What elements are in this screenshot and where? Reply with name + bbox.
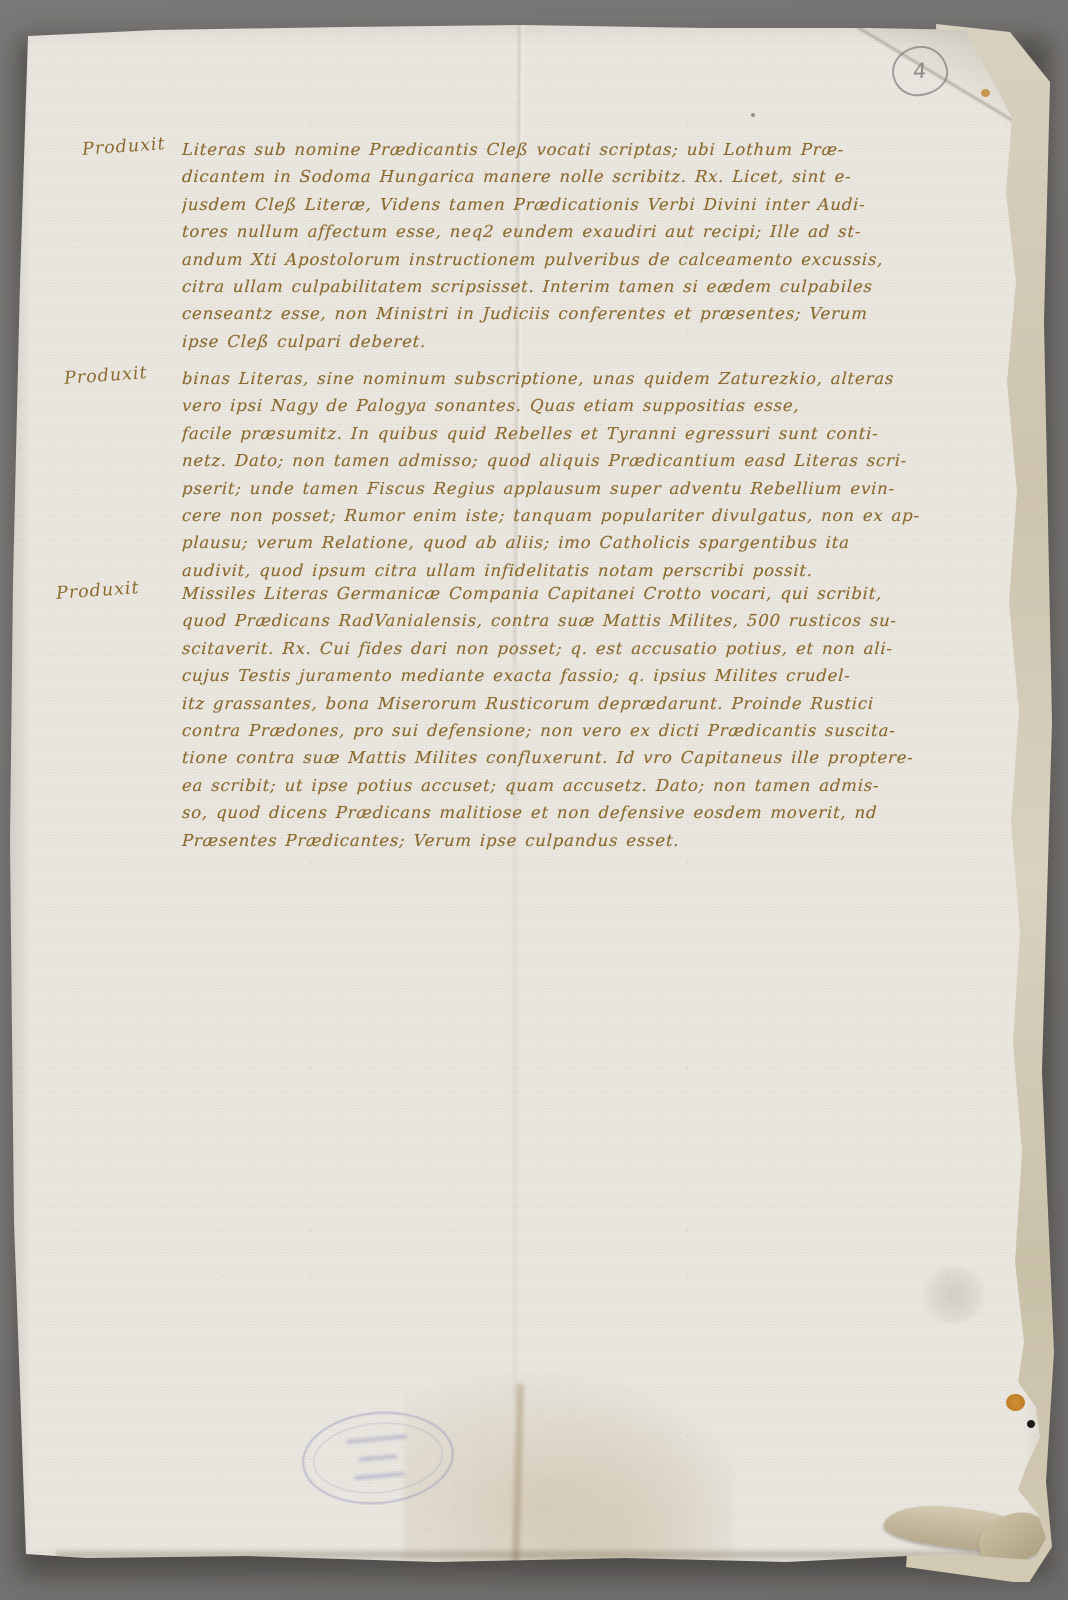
manuscript-line: citra ullam culpabilitatem scripsisset. … [181,273,1010,300]
manuscript-line: contra Prædones, pro sui defensione; non… [181,717,1010,744]
manuscript-paragraph: ProduxitMissiles Literas Germanicæ Compa… [6,580,1058,854]
manuscript-line: cere non posset; Rumor enim iste; tanqua… [181,502,1010,529]
manuscript-line: andum Xti Apostolorum instructionem pulv… [181,246,1010,273]
manuscript-paragraph: Produxitbinas Literas, sine nominum subs… [6,365,1058,584]
manuscript-line: ipse Cleß culpari deberet. [181,328,1010,355]
manuscript-line: cujus Testis juramento mediante exacta f… [181,662,1010,689]
manuscript-line: scitaverit. Rx. Cui fides dari non posse… [181,635,1010,662]
manuscript-line: Literas sub nomine Prædicantis Cleß voca… [181,136,1010,163]
manuscript-page: 4 ProduxitLiteras sub nomine Prædicantis… [6,22,1058,1574]
manuscript-line: facile præsumitz. In quibus quid Rebelle… [181,420,1010,447]
manuscript-line: quod Prædicans RadVanialensis, contra su… [181,607,1010,634]
paragraph-marker: Produxit [55,578,140,604]
manuscript-line: tione contra suæ Mattis Milites confluxe… [181,744,1010,771]
manuscript-line: jusdem Cleß Literæ, Videns tamen Prædica… [181,191,1010,218]
manuscript-line: Præsentes Prædicantes; Verum ipse culpan… [181,827,1010,854]
manuscript-line: vero ipsi Nagy de Palogya sonantes. Quas… [181,392,1010,419]
paragraph-marker: Produxit [81,134,166,160]
manuscript-line: tores nullum affectum esse, neq2 eundem … [181,218,1010,245]
manuscript-line: pserit; unde tamen Fiscus Regius applaus… [181,475,1010,502]
manuscript-line: censeantz esse, non Ministri in Judiciis… [181,300,1010,327]
manuscript-text: ProduxitLiteras sub nomine Prædicantis C… [6,22,1058,1574]
manuscript-line: itz grassantes, bona Miserorum Rusticoru… [181,690,1010,717]
manuscript-line: Missiles Literas Germanicæ Compania Capi… [181,580,1010,607]
manuscript-line: plausu; verum Relatione, quod ab aliis; … [181,529,1010,556]
manuscript-paragraph: ProduxitLiteras sub nomine Prædicantis C… [6,136,1058,355]
manuscript-line: ea scribit; ut ipse potius accuset; quam… [181,772,1010,799]
photo-backdrop: 4 ProduxitLiteras sub nomine Prædicantis… [0,0,1068,1600]
manuscript-line: netz. Dato; non tamen admisso; quod aliq… [181,447,1010,474]
manuscript-line: binas Literas, sine nominum subscription… [181,365,1010,392]
manuscript-line: so, quod dicens Prædicans malitiose et n… [181,799,1010,826]
paragraph-marker: Produxit [63,363,148,389]
manuscript-line: dicantem in Sodoma Hungarica manere noll… [181,163,1010,190]
